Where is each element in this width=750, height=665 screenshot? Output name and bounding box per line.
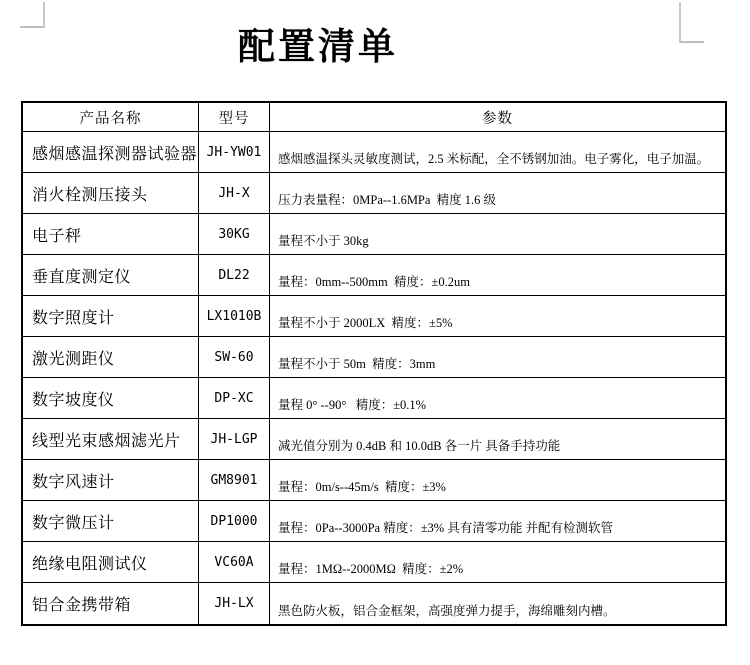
table-row: 绝缘电阻测试仪 VC60A 量程：1MΩ--2000MΩ 精度：±2% xyxy=(23,542,725,583)
model-text: VC60A xyxy=(214,555,253,570)
product-name-text: 绝缘电阻测试仪 xyxy=(32,551,148,574)
product-name-cell: 感烟感温探测器试验器 xyxy=(23,132,199,173)
table-body: 感烟感温探测器试验器 JH-YW01 感烟感温探头灵敏度测试，2.5 米标配，全… xyxy=(23,132,725,624)
product-name-cell: 激光测距仪 xyxy=(23,337,199,378)
table-row: 铝合金携带箱 JH-LX 黑色防火板，铝合金框架，高强度弹力提手，海绵雕刻内槽。 xyxy=(23,583,725,624)
table-header-row: 产品名称 型号 参数 xyxy=(23,103,725,132)
params-text: 压力表量程：0MPa--1.6MPa 精度 1.6 级 xyxy=(278,190,496,208)
product-name-text: 数字微压计 xyxy=(32,510,115,533)
title-container: 配置清单 xyxy=(0,27,636,70)
product-name-text: 数字风速计 xyxy=(32,469,115,492)
product-name-text: 电子秤 xyxy=(32,223,82,246)
params-cell: 量程不小于 50m 精度：3mm xyxy=(270,337,725,378)
product-name-text: 垂直度测定仪 xyxy=(32,264,131,287)
params-cell: 量程不小于 2000LX 精度：±5% xyxy=(270,296,725,337)
col-header-model: 型号 xyxy=(199,103,270,132)
product-name-text: 激光测距仪 xyxy=(32,346,115,369)
page-title: 配置清单 xyxy=(238,27,398,70)
params-cell: 量程：1MΩ--2000MΩ 精度：±2% xyxy=(270,542,725,583)
params-cell: 量程：0mm--500mm 精度：±0.2um xyxy=(270,255,725,296)
params-cell: 黑色防火板，铝合金框架，高强度弹力提手，海绵雕刻内槽。 xyxy=(270,583,725,624)
product-name-cell: 铝合金携带箱 xyxy=(23,583,199,624)
params-text: 量程不小于 2000LX 精度：±5% xyxy=(278,313,453,331)
params-cell: 减光值分别为 0.4dB 和 10.0dB 各一片 具备手持功能 xyxy=(270,419,725,460)
params-text: 量程：1MΩ--2000MΩ 精度：±2% xyxy=(278,559,463,577)
product-name-text: 数字照度计 xyxy=(32,305,115,328)
model-text: DP1000 xyxy=(211,514,258,529)
document-page: { "page": { "title": "配置清单" }, "colors":… xyxy=(0,0,750,665)
spec-table: 产品名称 型号 参数 感烟感温探测器试验器 JH-YW01 感烟感温探头灵敏度测… xyxy=(21,101,727,626)
model-text: SW-60 xyxy=(214,350,253,365)
table-row: 线型光束感烟滤光片 JH-LGP 减光值分别为 0.4dB 和 10.0dB 各… xyxy=(23,419,725,460)
page-margin-corner-tr-icon xyxy=(679,2,704,43)
table-row: 数字微压计 DP1000 量程：0Pa--3000Pa 精度：±3% 具有清零功… xyxy=(23,501,725,542)
product-name-cell: 电子秤 xyxy=(23,214,199,255)
params-cell: 量程：0m/s--45m/s 精度：±3% xyxy=(270,460,725,501)
product-name-cell: 数字坡度仪 xyxy=(23,378,199,419)
model-text: GM8901 xyxy=(211,473,258,488)
params-text: 减光值分别为 0.4dB 和 10.0dB 各一片 具备手持功能 xyxy=(278,436,560,454)
model-cell: DL22 xyxy=(199,255,270,296)
model-cell: JH-X xyxy=(199,173,270,214)
product-name-text: 感烟感温探测器试验器 xyxy=(32,141,197,164)
table-row: 垂直度测定仪 DL22 量程：0mm--500mm 精度：±0.2um xyxy=(23,255,725,296)
params-cell: 压力表量程：0MPa--1.6MPa 精度 1.6 级 xyxy=(270,173,725,214)
product-name-cell: 绝缘电阻测试仪 xyxy=(23,542,199,583)
params-text: 量程：0mm--500mm 精度：±0.2um xyxy=(278,272,470,290)
params-cell: 量程：0Pa--3000Pa 精度：±3% 具有清零功能 并配有检测软管 xyxy=(270,501,725,542)
table-row: 激光测距仪 SW-60 量程不小于 50m 精度：3mm xyxy=(23,337,725,378)
params-cell: 感烟感温探头灵敏度测试，2.5 米标配，全不锈钢加油。电子雾化，电子加温。 xyxy=(270,132,725,173)
product-name-text: 数字坡度仪 xyxy=(32,387,115,410)
model-cell: VC60A xyxy=(199,542,270,583)
params-text: 量程 0° --90° 精度：±0.1% xyxy=(278,395,426,413)
model-text: JH-LGP xyxy=(211,432,258,447)
table-row: 数字坡度仪 DP-XC 量程 0° --90° 精度：±0.1% xyxy=(23,378,725,419)
product-name-cell: 线型光束感烟滤光片 xyxy=(23,419,199,460)
params-text: 量程不小于 30kg xyxy=(278,231,369,249)
model-text: 30KG xyxy=(218,227,249,242)
product-name-text: 消火栓测压接头 xyxy=(32,182,148,205)
params-text: 量程不小于 50m 精度：3mm xyxy=(278,354,435,372)
product-name-text: 铝合金携带箱 xyxy=(32,592,131,615)
params-text: 黑色防火板，铝合金框架，高强度弹力提手，海绵雕刻内槽。 xyxy=(278,601,616,619)
model-text: JH-LX xyxy=(214,596,253,611)
model-cell: LX1010B xyxy=(199,296,270,337)
model-cell: JH-LX xyxy=(199,583,270,624)
product-name-cell: 数字微压计 xyxy=(23,501,199,542)
product-name-cell: 垂直度测定仪 xyxy=(23,255,199,296)
table-row: 电子秤 30KG 量程不小于 30kg xyxy=(23,214,725,255)
col-header-product-name: 产品名称 xyxy=(23,103,199,132)
model-cell: SW-60 xyxy=(199,337,270,378)
params-cell: 量程 0° --90° 精度：±0.1% xyxy=(270,378,725,419)
col-header-params: 参数 xyxy=(270,103,725,132)
table-row: 数字风速计 GM8901 量程：0m/s--45m/s 精度：±3% xyxy=(23,460,725,501)
product-name-cell: 数字风速计 xyxy=(23,460,199,501)
model-text: JH-X xyxy=(218,186,249,201)
table-row: 消火栓测压接头 JH-X 压力表量程：0MPa--1.6MPa 精度 1.6 级 xyxy=(23,173,725,214)
page-margin-corner-tl-icon xyxy=(20,2,45,28)
table-row: 感烟感温探测器试验器 JH-YW01 感烟感温探头灵敏度测试，2.5 米标配，全… xyxy=(23,132,725,173)
product-name-cell: 数字照度计 xyxy=(23,296,199,337)
table-row: 数字照度计 LX1010B 量程不小于 2000LX 精度：±5% xyxy=(23,296,725,337)
model-cell: GM8901 xyxy=(199,460,270,501)
model-text: JH-YW01 xyxy=(207,145,262,160)
params-text: 量程：0m/s--45m/s 精度：±3% xyxy=(278,477,446,495)
model-cell: JH-LGP xyxy=(199,419,270,460)
model-text: DL22 xyxy=(218,268,249,283)
model-cell: DP1000 xyxy=(199,501,270,542)
params-text: 感烟感温探头灵敏度测试，2.5 米标配，全不锈钢加油。电子雾化，电子加温。 xyxy=(278,149,709,167)
model-cell: 30KG xyxy=(199,214,270,255)
params-text: 量程：0Pa--3000Pa 精度：±3% 具有清零功能 并配有检测软管 xyxy=(278,518,613,536)
product-name-text: 线型光束感烟滤光片 xyxy=(32,428,181,451)
model-cell: JH-YW01 xyxy=(199,132,270,173)
model-text: DP-XC xyxy=(214,391,253,406)
product-name-cell: 消火栓测压接头 xyxy=(23,173,199,214)
model-cell: DP-XC xyxy=(199,378,270,419)
model-text: LX1010B xyxy=(207,309,262,324)
params-cell: 量程不小于 30kg xyxy=(270,214,725,255)
